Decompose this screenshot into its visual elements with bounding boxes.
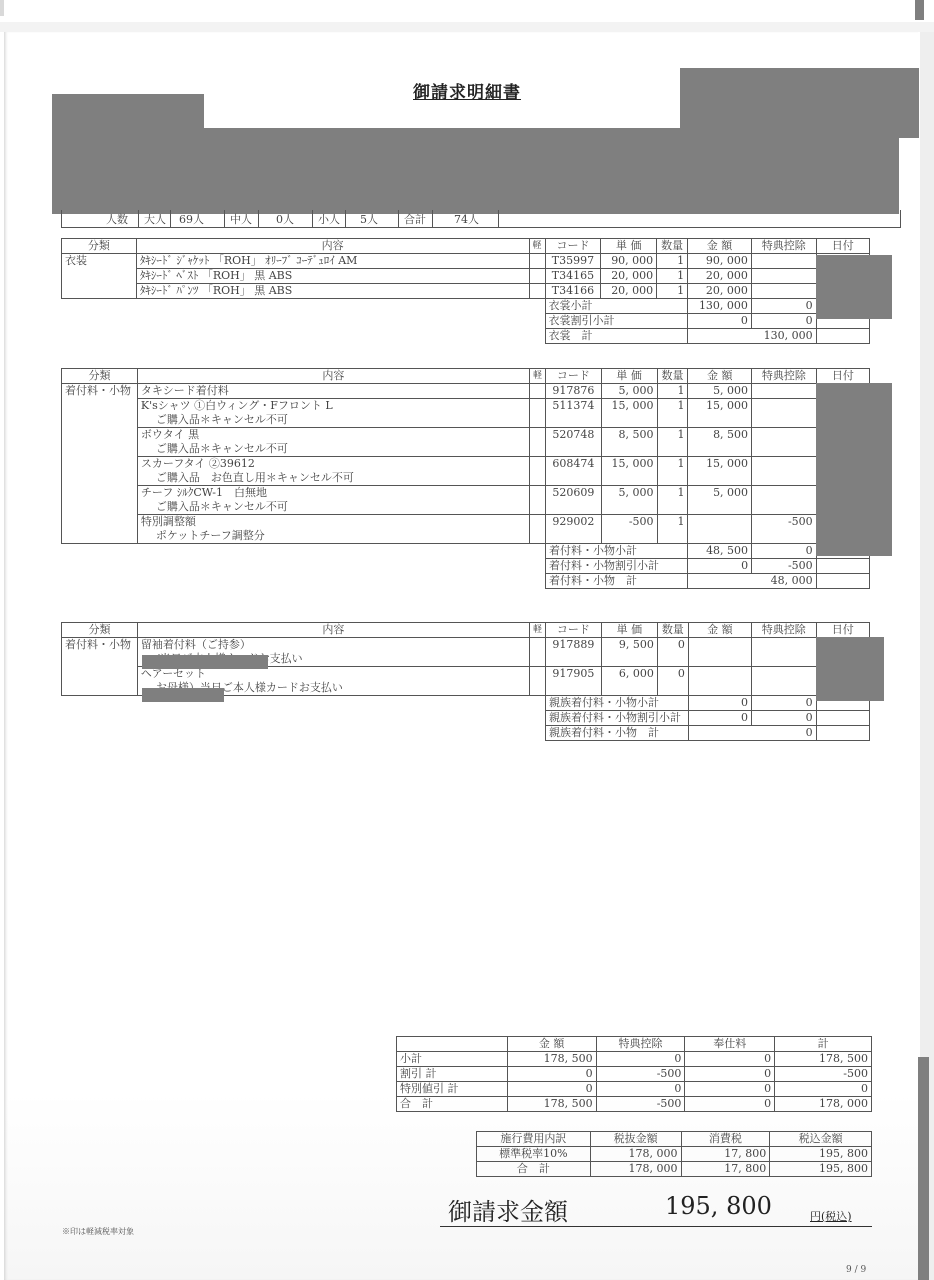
section-total-label: 衣裳 計 (545, 329, 688, 344)
column-header: 特典控除 (752, 369, 817, 384)
scrollbar-thumb[interactable] (918, 1057, 929, 1280)
line-items-table: 分類内容軽コード単 価数量金 額特典控除日付着付料・小物留袖着付料（ご持参）91… (61, 622, 870, 741)
summary-value: 178, 500 (507, 1097, 596, 1112)
item-code: T34166 (545, 284, 601, 299)
section-total-label: 着付料・小物 計 (545, 574, 688, 589)
item-amount (688, 515, 752, 544)
item-content: ﾀｷｼｰﾄﾞ ｼﾞｬｹｯﾄ 「ROH」 ｵﾘｰﾌﾞ ｺｰﾃﾞｭﾛｲ AM (136, 254, 529, 269)
column-header: 金 額 (688, 239, 752, 254)
item-content: タキシード着付料 (137, 384, 529, 399)
subtotal-deduction: 0 (751, 299, 816, 314)
redacted-block (142, 655, 268, 669)
section-total-label: 親族着付料・小物 計 (545, 726, 688, 741)
item-unit-price: 8, 500 (601, 428, 657, 457)
item-unit-price: 90, 000 (601, 254, 657, 269)
item-qty: 1 (657, 515, 688, 544)
column-header: 数量 (657, 623, 688, 638)
item-deduction (752, 486, 817, 515)
page-edge (0, 0, 4, 16)
item-amount: 15, 000 (688, 399, 752, 428)
tax-value: 17, 800 (681, 1147, 770, 1162)
subtotal-deduction: 0 (751, 696, 816, 711)
summary-value: 178, 500 (775, 1052, 872, 1067)
summary-column-header: 金 額 (507, 1037, 596, 1052)
table-header-row: 分類内容軽コード単 価数量金 額特典控除日付 (62, 623, 870, 638)
child-count: 5人 (360, 211, 378, 227)
item-deduction (751, 254, 816, 269)
item-amount (688, 638, 751, 667)
column-header: 内容 (136, 239, 529, 254)
adult-count: 69人 (179, 211, 204, 227)
section-total-row: 親族着付料・小物 計0 (62, 726, 870, 741)
column-header: 金 額 (688, 369, 752, 384)
footnote: ※印は軽減税率対象 (62, 1226, 134, 1237)
tax-label: 合 計 (477, 1162, 591, 1177)
item-amount: 90, 000 (688, 254, 752, 269)
discount-deduction: 0 (751, 711, 816, 726)
item-code: 520748 (545, 428, 601, 457)
column-header: 内容 (137, 623, 529, 638)
item-qty: 1 (657, 254, 688, 269)
subtotal-amount: 0 (688, 696, 751, 711)
category-cell: 着付料・小物 (62, 384, 138, 544)
item-qty: 1 (657, 486, 688, 515)
summary-row: 小計178, 50000178, 500 (397, 1052, 872, 1067)
tax-breakdown-table: 施行費用内訳税抜金額消費税税込金額標準税率10%178, 00017, 8001… (476, 1131, 872, 1177)
reduced-tax-cell (529, 428, 545, 457)
subtotal-row: 着付料・小物小計48, 5000 (62, 544, 870, 559)
summary-column-header: 特典控除 (596, 1037, 685, 1052)
item-code: 917876 (545, 384, 601, 399)
reduced-tax-cell (529, 384, 545, 399)
people-label: 人数 (106, 211, 128, 227)
subtotal-label: 衣裳小計 (545, 299, 688, 314)
item-code: 608474 (545, 457, 601, 486)
page-gap (0, 22, 934, 32)
item-content: チーフ ｼﾙｸCW-1 白無地 (137, 486, 529, 501)
grand-total-unit: 円(税込) (810, 1208, 852, 1224)
summary-value: 0 (685, 1052, 775, 1067)
item-code: 520609 (545, 486, 601, 515)
summary-value: 0 (685, 1067, 775, 1082)
column-header: 分類 (62, 623, 138, 638)
summary-row: 割引 計0-5000-500 (397, 1067, 872, 1082)
table-row: スカーフタイ ②3961260847415, 000115, 000 (62, 457, 870, 472)
summary-value: -500 (596, 1067, 685, 1082)
item-qty: 1 (657, 284, 688, 299)
column-header: 軽 (529, 369, 545, 384)
subtotal-amount: 48, 500 (688, 544, 752, 559)
summary-label: 合 計 (397, 1097, 508, 1112)
tax-value: 178, 000 (590, 1162, 681, 1177)
tax-label: 標準税率10% (477, 1147, 591, 1162)
section-total-value: 130, 000 (688, 329, 816, 344)
total-count: 74人 (454, 211, 479, 227)
line-items-table: 分類内容軽コード単 価数量金 額特典控除日付衣装ﾀｷｼｰﾄﾞ ｼﾞｬｹｯﾄ 「R… (61, 238, 870, 344)
reduced-tax-cell (529, 399, 545, 428)
item-code: 511374 (545, 399, 601, 428)
discount-label: 着付料・小物割引小計 (545, 559, 688, 574)
section-total-value: 48, 000 (688, 574, 816, 589)
redacted-block (142, 688, 224, 702)
subtotal-deduction: 0 (752, 544, 817, 559)
tax-column-header: 税抜金額 (590, 1132, 681, 1147)
table-row: 衣装ﾀｷｼｰﾄﾞ ｼﾞｬｹｯﾄ 「ROH」 ｵﾘｰﾌﾞ ｺｰﾃﾞｭﾛｲ AMT3… (62, 254, 870, 269)
column-header: 日付 (816, 239, 869, 254)
column-header: 特典控除 (751, 623, 816, 638)
column-header: コード (545, 623, 601, 638)
item-deduction (752, 428, 817, 457)
discount-amount: 0 (688, 559, 752, 574)
item-qty: 0 (657, 638, 688, 667)
tax-value: 178, 000 (590, 1147, 681, 1162)
page-number: 9 / 9 (846, 1265, 866, 1275)
adult-label: 大人 (144, 211, 166, 227)
item-qty: 1 (657, 428, 688, 457)
item-amount: 8, 500 (688, 428, 752, 457)
summary-label: 小計 (397, 1052, 508, 1067)
item-note: ポケットチーフ調整分 (137, 529, 529, 544)
summary-value: 0 (685, 1097, 775, 1112)
item-code: 917889 (545, 638, 601, 667)
column-header: コード (545, 369, 601, 384)
line-items-table: 分類内容軽コード単 価数量金 額特典控除日付着付料・小物タキシード着付料9178… (61, 368, 870, 589)
table-row: 着付料・小物留袖着付料（ご持参）9178899, 5000 (62, 638, 870, 653)
summary-value: 0 (507, 1082, 596, 1097)
table-row: ﾀｷｼｰﾄﾞ ﾍﾞｽﾄ 「ROH」 黒 ABST3416520, 000120,… (62, 269, 870, 284)
redacted-block (816, 383, 892, 556)
discount-row: 着付料・小物割引小計0-500 (62, 559, 870, 574)
item-content: 特別調整額 (137, 515, 529, 530)
reduced-tax-cell (529, 515, 545, 544)
discount-row: 衣裳割引小計00 (62, 314, 870, 329)
subtotal-label: 親族着付料・小物小計 (545, 696, 688, 711)
item-deduction (751, 667, 816, 696)
item-amount: 5, 000 (688, 384, 752, 399)
item-content: ﾀｷｼｰﾄﾞ ﾍﾞｽﾄ 「ROH」 黒 ABS (136, 269, 529, 284)
summary-value: -500 (596, 1097, 685, 1112)
reduced-tax-cell (529, 269, 545, 284)
subtotal-label: 着付料・小物小計 (545, 544, 688, 559)
redacted-block (816, 255, 892, 319)
child-label: 小人 (318, 211, 340, 227)
item-code: 917905 (545, 667, 601, 696)
discount-amount: 0 (688, 314, 752, 329)
item-unit-price: 15, 000 (601, 399, 657, 428)
item-content: 留袖着付料（ご持参） (137, 638, 529, 653)
grand-total: 御請求金額 195, 800 円(税込) (440, 1192, 872, 1227)
column-header: 特典控除 (751, 239, 816, 254)
item-content: ﾀｷｼｰﾄﾞ ﾊﾟﾝﾂ 「ROH」 黒 ABS (136, 284, 529, 299)
column-header: 分類 (62, 239, 137, 254)
discount-row: 親族着付料・小物割引小計00 (62, 711, 870, 726)
reduced-tax-cell (529, 638, 545, 667)
discount-deduction: -500 (752, 559, 817, 574)
tax-column-header: 消費税 (681, 1132, 770, 1147)
table-row: K'sシャツ ①白ウィング・Fフロント L51137415, 000115, 0… (62, 399, 870, 414)
summary-value: 0 (685, 1082, 775, 1097)
column-header: 軽 (529, 239, 545, 254)
tax-value: 195, 800 (770, 1147, 872, 1162)
table-row: 特別調整額929002-5001-500 (62, 515, 870, 530)
table-row: 着付料・小物タキシード着付料9178765, 00015, 000 (62, 384, 870, 399)
item-unit-price: 15, 000 (601, 457, 657, 486)
discount-label: 衣裳割引小計 (545, 314, 688, 329)
item-qty: 1 (657, 384, 688, 399)
summary-row: 合 計178, 500-5000178, 000 (397, 1097, 872, 1112)
section-total-row: 衣裳 計130, 000 (62, 329, 870, 344)
middle-label: 中人 (230, 211, 252, 227)
summary-value: 0 (507, 1067, 596, 1082)
reduced-tax-cell (529, 284, 545, 299)
item-note: ご購入品＊キャンセル不可 (137, 413, 529, 428)
item-note: ご購入品＊キャンセル不可 (137, 442, 529, 457)
reduced-tax-cell (529, 486, 545, 515)
item-unit-price: 9, 500 (601, 638, 657, 667)
item-amount: 20, 000 (688, 284, 752, 299)
tax-column-header: 施行費用内訳 (477, 1132, 591, 1147)
column-header: 分類 (62, 369, 138, 384)
item-qty: 1 (657, 269, 688, 284)
summary-value: 0 (596, 1052, 685, 1067)
item-unit-price: 5, 000 (601, 486, 657, 515)
subtotal-amount: 130, 000 (688, 299, 752, 314)
item-code: 929002 (545, 515, 601, 544)
item-deduction (752, 384, 817, 399)
item-note: ご購入品 お色直し用＊キャンセル不可 (137, 471, 529, 486)
item-content: スカーフタイ ②39612 (137, 457, 529, 472)
scrollbar-top[interactable] (915, 0, 924, 20)
item-unit-price: 20, 000 (601, 269, 657, 284)
item-amount: 5, 000 (688, 486, 752, 515)
category-cell: 衣装 (62, 254, 137, 299)
column-header: 金 額 (688, 623, 751, 638)
item-unit-price: -500 (601, 515, 657, 544)
item-deduction: -500 (752, 515, 817, 544)
discount-label: 親族着付料・小物割引小計 (545, 711, 688, 726)
tax-header-row: 施行費用内訳税抜金額消費税税込金額 (477, 1132, 872, 1147)
tax-value: 195, 800 (770, 1162, 872, 1177)
table-header-row: 分類内容軽コード単 価数量金 額特典控除日付 (62, 369, 870, 384)
table-row: ﾀｷｼｰﾄﾞ ﾊﾟﾝﾂ 「ROH」 黒 ABST3416620, 000120,… (62, 284, 870, 299)
table-row: チーフ ｼﾙｸCW-1 白無地5206095, 00015, 000 (62, 486, 870, 501)
item-deduction (752, 457, 817, 486)
column-header: 単 価 (601, 623, 657, 638)
column-header: 日付 (816, 369, 869, 384)
item-unit-price: 20, 000 (601, 284, 657, 299)
subtotal-row: 衣裳小計130, 0000 (62, 299, 870, 314)
tax-row: 合 計178, 00017, 800195, 800 (477, 1162, 872, 1177)
item-deduction (751, 284, 816, 299)
redacted-block (52, 128, 899, 214)
reduced-tax-cell (529, 254, 545, 269)
tax-row: 標準税率10%178, 00017, 800195, 800 (477, 1147, 872, 1162)
middle-count: 0人 (276, 211, 294, 227)
summary-label: 割引 計 (397, 1067, 508, 1082)
section-total-value: 0 (688, 726, 816, 741)
item-note: ご購入品＊キャンセル不可 (137, 500, 529, 515)
people-count-row: 人数 大人 69人 中人 0人 小人 5人 合計 74人 (61, 210, 901, 228)
summary-value: 0 (596, 1082, 685, 1097)
item-deduction (752, 399, 817, 428)
column-header: 単 価 (601, 239, 657, 254)
summary-column-header: 計 (775, 1037, 872, 1052)
summary-value: -500 (775, 1067, 872, 1082)
column-header: 単 価 (601, 369, 657, 384)
item-amount (688, 667, 751, 696)
summary-column-header: 奉仕料 (685, 1037, 775, 1052)
grand-total-label: 御請求金額 (448, 1192, 568, 1227)
summary-label: 特別値引 計 (397, 1082, 508, 1097)
item-qty: 1 (657, 399, 688, 428)
summary-value: 178, 500 (507, 1052, 596, 1067)
item-unit-price: 6, 000 (601, 667, 657, 696)
item-code: T35997 (545, 254, 601, 269)
tax-value: 17, 800 (681, 1162, 770, 1177)
table-header-row: 分類内容軽コード単 価数量金 額特典控除日付 (62, 239, 870, 254)
summary-row: 特別値引 計0000 (397, 1082, 872, 1097)
item-amount: 15, 000 (688, 457, 752, 486)
item-deduction (751, 638, 816, 667)
summary-value: 0 (775, 1082, 872, 1097)
summary-header-row: 金 額特典控除奉仕料計 (397, 1037, 872, 1052)
tax-column-header: 税込金額 (770, 1132, 872, 1147)
item-qty: 0 (657, 667, 688, 696)
column-header: 数量 (657, 239, 688, 254)
table-row: ボウタイ 黒5207488, 50018, 500 (62, 428, 870, 443)
column-header: 日付 (816, 623, 869, 638)
category-cell: 着付料・小物 (62, 638, 138, 696)
column-header: 軽 (529, 623, 545, 638)
column-header: 内容 (137, 369, 529, 384)
item-content: K'sシャツ ①白ウィング・Fフロント L (137, 399, 529, 414)
discount-amount: 0 (688, 711, 751, 726)
viewer-top-strip (0, 0, 934, 22)
item-unit-price: 5, 000 (601, 384, 657, 399)
discount-deduction: 0 (751, 314, 816, 329)
item-qty: 1 (657, 457, 688, 486)
item-code: T34165 (545, 269, 601, 284)
column-header: コード (545, 239, 601, 254)
item-content: ボウタイ 黒 (137, 428, 529, 443)
summary-table: 金 額特典控除奉仕料計小計178, 50000178, 500割引 計0-500… (396, 1036, 872, 1112)
summary-value: 178, 000 (775, 1097, 872, 1112)
total-label: 合計 (404, 211, 426, 227)
reduced-tax-cell (529, 457, 545, 486)
reduced-tax-cell (529, 667, 545, 696)
section-total-row: 着付料・小物 計48, 000 (62, 574, 870, 589)
redacted-block (816, 637, 884, 701)
item-deduction (751, 269, 816, 284)
column-header: 数量 (657, 369, 688, 384)
item-amount: 20, 000 (688, 269, 752, 284)
grand-total-amount: 195, 800 (665, 1192, 772, 1220)
